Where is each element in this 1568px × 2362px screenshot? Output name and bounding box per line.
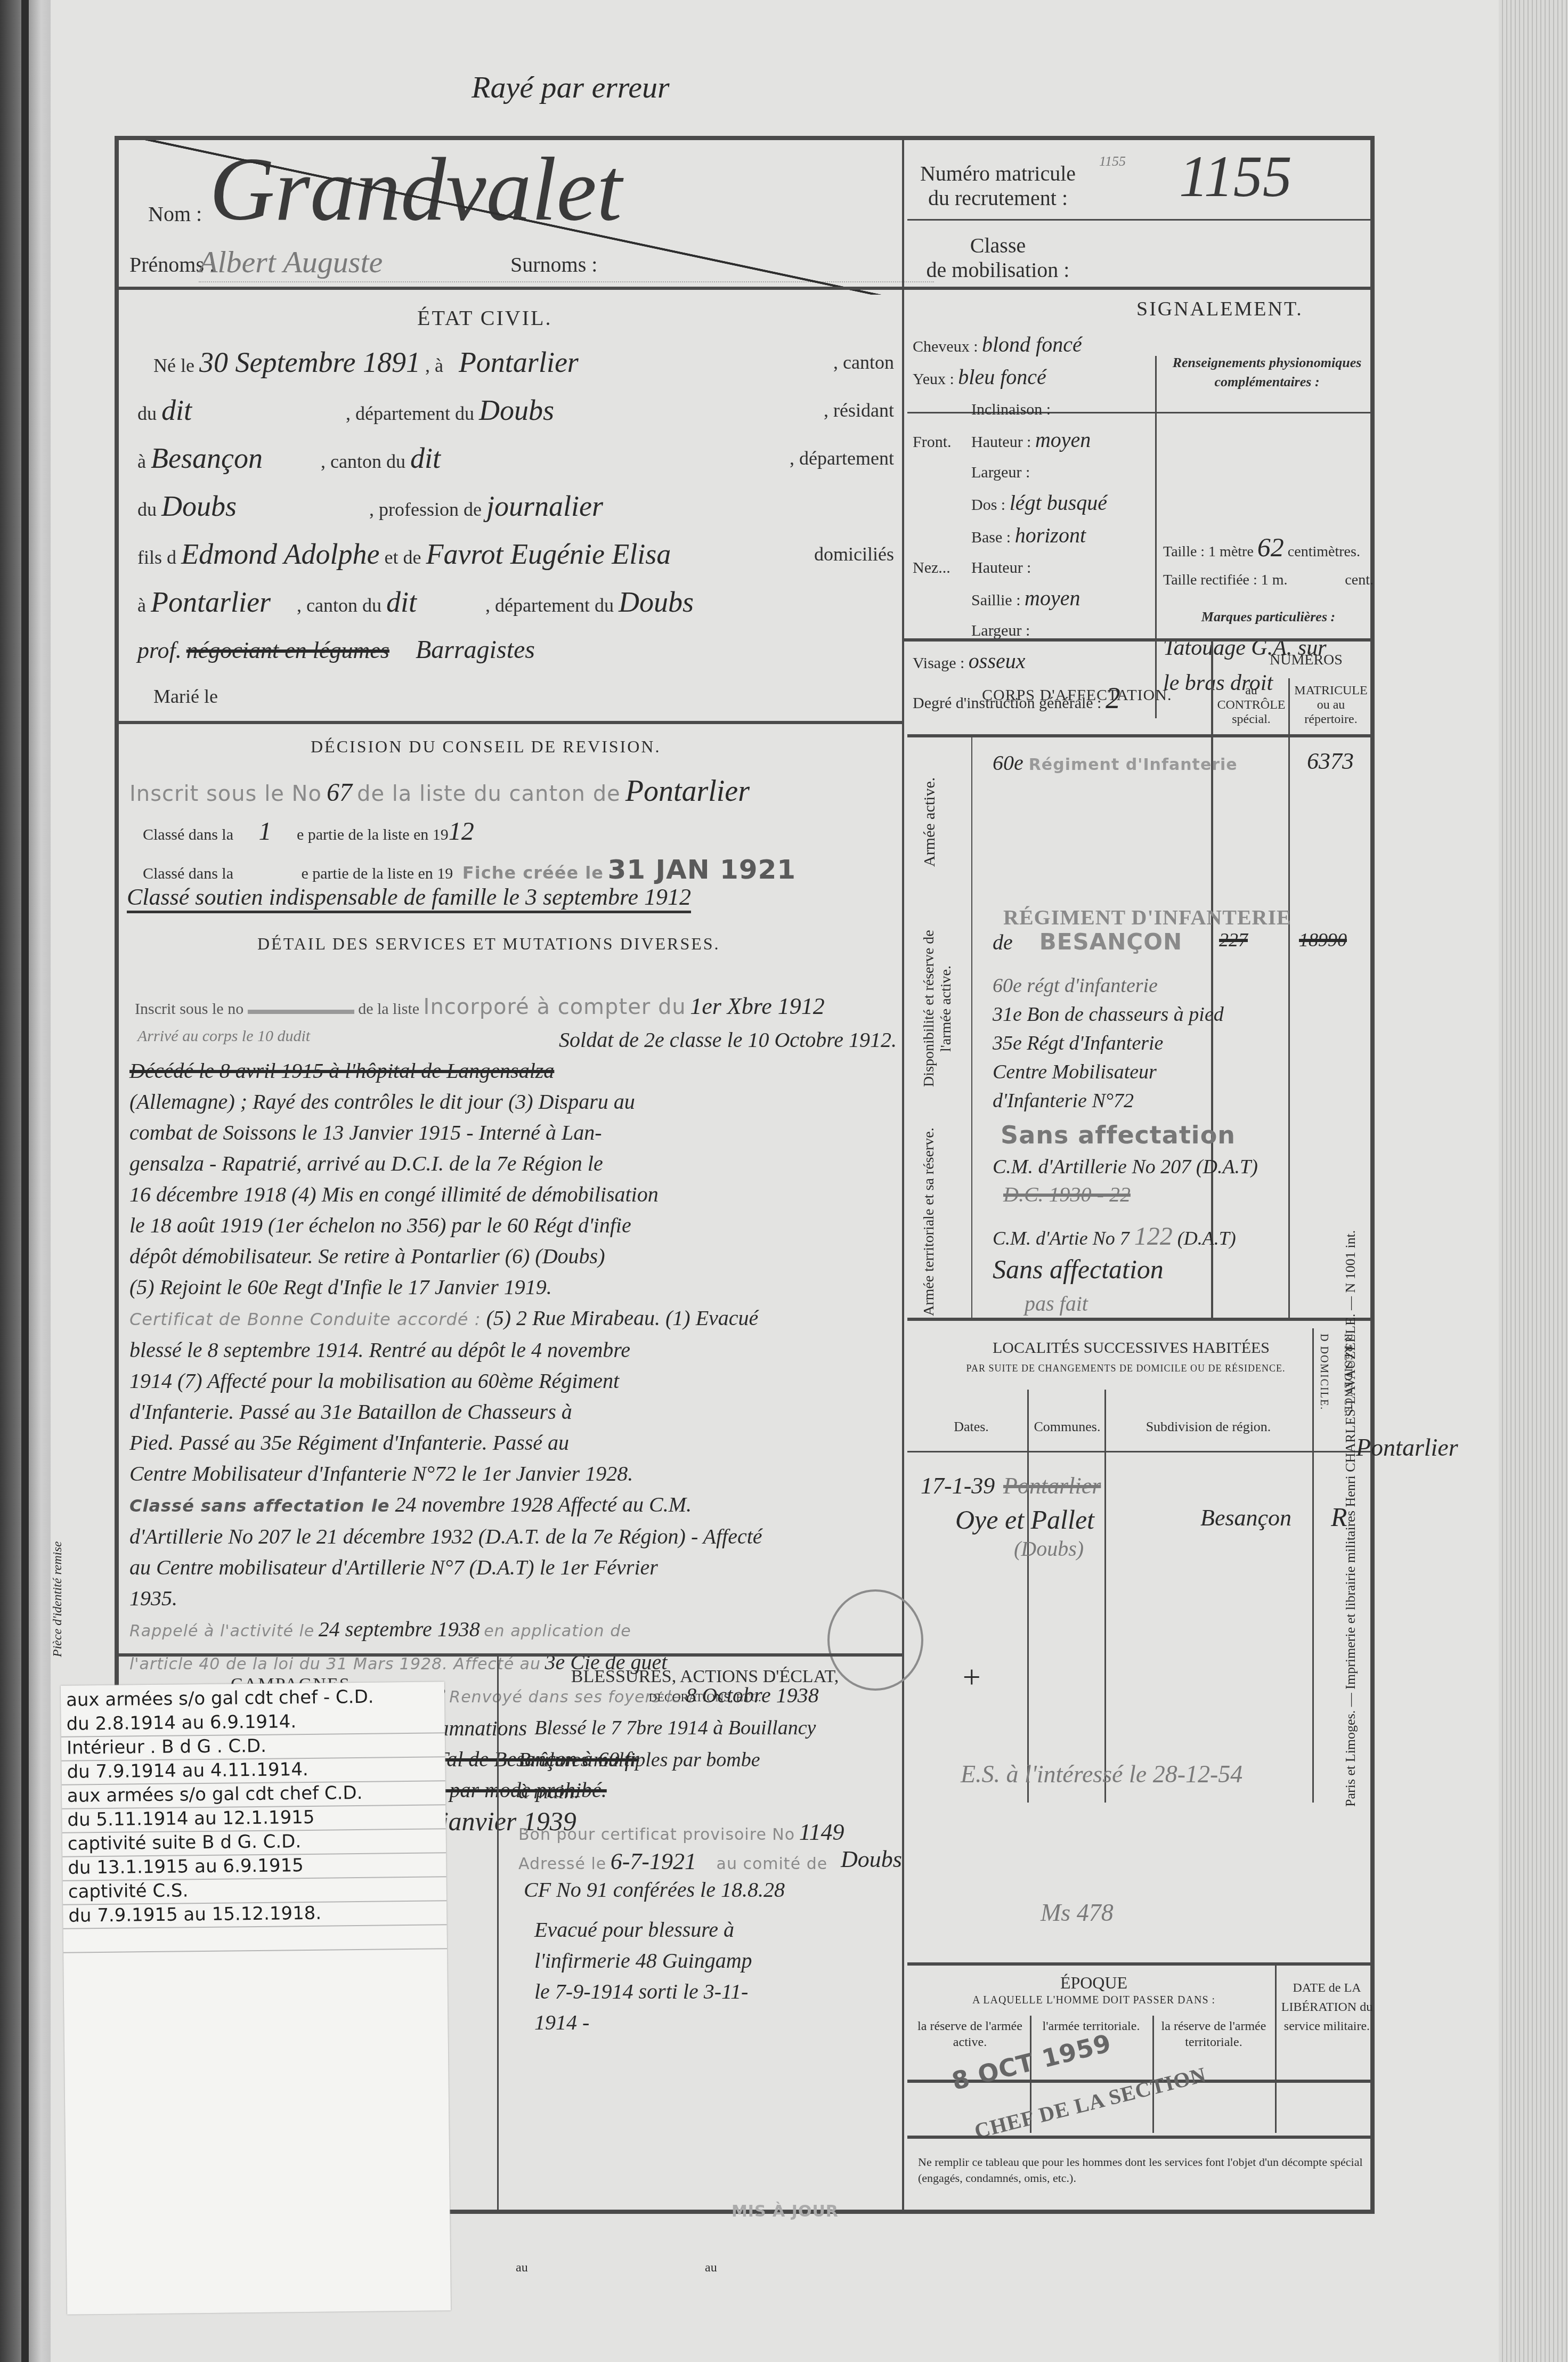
ne-le-label: Né le (153, 355, 194, 376)
book-spine-edge (21, 0, 29, 2362)
localites-subdivision: Besançon (1200, 1504, 1291, 1531)
numeros-label: NUMÉROS (1270, 652, 1343, 669)
rappele-label: Rappelé à l'activité le (129, 1622, 314, 1641)
corps-entry: Centre Mobilisateur (993, 1058, 1224, 1086)
departement2-label: , département (790, 436, 894, 481)
marie-line: Marié le (137, 674, 894, 719)
residant-label: , résidant (824, 388, 894, 433)
ms-note: Ms 478 (1041, 1898, 1114, 1927)
localites-commune-dept: (Doubs) (1014, 1536, 1084, 1561)
incorpore-stamp: Incorporé à compter du (424, 995, 686, 1019)
services-line: (Allemagne) ; Rayé des contrôles le dit … (129, 1086, 897, 1117)
header-bottom-rule (119, 287, 1375, 290)
saillie-label: Saillie : (971, 591, 1021, 609)
matricule-2: 18990 (1299, 929, 1347, 951)
renseignements-label-2: complémentaires : (1163, 372, 1371, 392)
de-la-liste-label: de la liste (358, 1000, 419, 1018)
nez-hauteur-label: Hauteur : (971, 559, 1031, 577)
nom-strike-line (119, 140, 907, 295)
adresse-date: 6-7-1921 (611, 1848, 696, 1874)
services-line: Soldat de 2e classe le 10 Octobre 1912. (129, 1025, 897, 1056)
sans-affectation-hand: Sans affectation (993, 1254, 1164, 1285)
front-largeur-label: Largeur : (971, 464, 1030, 481)
residence-value: Besançon (151, 442, 263, 474)
localites-commune: Oye et Pallet (955, 1504, 1094, 1535)
epoque-title: ÉPOQUE (913, 1973, 1275, 1993)
stamp-regiment: RÉGIMENT D'INFANTERIE (1003, 905, 1291, 930)
classe-label: Classe de mobilisation : (913, 233, 1083, 282)
evacue-line: le 7-9-1914 sorti le 3-11- (534, 1976, 752, 2007)
localites-header-rule (907, 1451, 1375, 1452)
margin-note: Pièce d'identité remise (51, 1519, 65, 1657)
prof-parents-line: prof. négociant en légumes Barragistes (137, 628, 894, 674)
inscrit-line: Inscrit sous le No 67 de la liste du can… (129, 774, 897, 808)
classe1-label-b: e partie de la liste en 19 (297, 826, 449, 843)
blessures-subtitle: DÉCORATIONS, ETC. (513, 1691, 897, 1704)
controle-2: 227 (1219, 929, 1248, 951)
entry-60-stamp: Régiment d'Infanterie (1029, 756, 1238, 774)
corps-entry: 60e régt d'infanterie (993, 971, 1224, 1000)
inscrit-stamp: Inscrit sous le No (129, 782, 322, 806)
departement2-value: Doubs (161, 490, 237, 522)
canton-label: , canton (833, 340, 894, 385)
inscrit-no: 67 (327, 778, 352, 807)
incorpore-date: 1er Xbre 1912 (690, 993, 825, 1019)
evacue-line: 1914 - (534, 2007, 752, 2038)
services-line: au Centre mobilisateur d'Artillerie N°7 … (129, 1552, 897, 1583)
entry-60: 60e Régiment d'Infanterie (993, 750, 1238, 775)
bon-label: Bon pour certificat provisoire No (518, 1825, 795, 1844)
front-hauteur-label: Hauteur : (971, 433, 1031, 451)
matricule-divider (907, 219, 1375, 221)
renseignements-label-1: Renseignements physionomiques (1163, 353, 1371, 372)
register-page: Rayé par erreur Nom : Grandvalet Prénoms… (51, 0, 1568, 2362)
services-line-struck: Décédé le 8 avril 1915 à l'hôpital de La… (129, 1056, 897, 1086)
residence-line: à Besançon , canton du dit , département (137, 436, 894, 484)
epoque-top (907, 1962, 1375, 1966)
sans-affectation-stamp-corps: Sans affectation (1001, 1121, 1236, 1149)
yeux-value: bleu foncé (958, 365, 1046, 389)
classe1-partie: 1 (258, 817, 271, 846)
campagne-line: du 5.11.1914 au 12.1.1915 (67, 1804, 440, 1832)
domicile-value: Pontarlier (151, 586, 271, 618)
services-line: 24 novembre 1928 Affecté au C.M. (395, 1492, 692, 1516)
canton-prefix: du (137, 403, 157, 424)
campagne-line: aux armées s/o gal cdt chef C.D. (67, 1780, 440, 1808)
rappele-label-2: en application de (484, 1622, 631, 1641)
nez-value: moyen (1025, 586, 1080, 610)
fils-label: fils d (137, 547, 176, 568)
taille-line: Taille : 1 mètre 62 centimètres. (1163, 532, 1374, 563)
canton-value: dit (161, 394, 192, 426)
prof-prefix: prof. (137, 637, 182, 663)
campagne-line: du 2.8.1914 au 6.9.1914. (66, 1708, 439, 1736)
inscrit-stamp-2: de la liste du canton de (357, 782, 621, 806)
services-line: 1935. (129, 1583, 897, 1614)
corps-entry: 35e Régt d'Infanterie (993, 1029, 1224, 1058)
domicilies-label: domiciliés (814, 532, 894, 577)
campagne-line: captivité C.S. (68, 1876, 441, 1904)
departement3-value: Doubs (619, 586, 694, 618)
epoque-bottom-rule (907, 2136, 1375, 2139)
col-controle: au CONTRÔLE spécial. (1215, 684, 1287, 727)
decision-title: DÉCISION DU CONSEIL DE REVISION. (311, 737, 661, 757)
canton3-value: dit (386, 586, 417, 618)
nez-label: Nez... (913, 553, 971, 583)
campagnes-divider (497, 1653, 499, 2213)
blessures-line: Blessé le 7 7bre 1914 à Bouillancy (518, 1712, 902, 1744)
classe2-label-b: e partie de la liste en 19 (301, 865, 453, 882)
visage-value: osseux (969, 649, 1026, 673)
taille-cm: 62 (1257, 532, 1284, 562)
classe-label-1: Classe (913, 233, 1083, 258)
classe2-line: Classé dans la e partie de la liste en 1… (143, 854, 796, 885)
parents-line: fils d Edmond Adolphe et de Favrot Eugén… (137, 532, 894, 580)
services-line: (5) Rejoint le 60e Regt d'Infie le 17 Ja… (129, 1272, 897, 1303)
domicile-line: à Pontarlier , canton du dit , départeme… (137, 580, 894, 628)
departement-label: , département du (346, 403, 474, 424)
ne-le-value: 30 Septembre 1891 (199, 346, 420, 378)
stamp-besancon-line: de BESANÇON (993, 929, 1182, 955)
front-label: Front. (913, 427, 971, 457)
residence-prefix: à (137, 451, 146, 472)
blessures-title: BLESSURES, ACTIONS D'ÉCLAT, (513, 1667, 897, 1687)
classe1-label-a: Classé dans la (143, 826, 233, 843)
services-line: gensalza - Rapatrié, arrivé au D.C.I. de… (129, 1148, 897, 1179)
stamp-besancon: BESANÇON (1039, 929, 1182, 955)
corps-entry: d'Infanterie N°72 (993, 1086, 1224, 1115)
pere-name: Edmond Adolphe (181, 538, 379, 570)
marie-label: Marié le (153, 686, 218, 707)
col-communes: Communes. (1030, 1419, 1104, 1435)
territoriale-label: Armée territoriale et sa réserve. (921, 1126, 938, 1318)
prof-new: Barragistes (416, 636, 535, 664)
renseignements-label: Renseignements physionomiques complément… (1163, 353, 1371, 392)
bottom-au-1: au (516, 2261, 528, 2275)
a-label: , à (425, 355, 443, 376)
campagne-line: du 7.9.1915 au 15.12.1918. (68, 1900, 441, 1928)
fiche-stamp: Fiche créée le (462, 863, 604, 883)
front-inclinaison-label: Inclinaison : (971, 401, 1051, 418)
taille-rectifiee-label: Taille rectifiée : 1 m. (1163, 572, 1288, 588)
classe1-line: Classé dans la 1 e partie de la liste en… (143, 817, 474, 846)
inscrit-canton: Pontarlier (625, 775, 750, 808)
dos-value: légt busqué (1010, 491, 1107, 515)
cm-struck: D.C. 1930 - 22 (1003, 1182, 1131, 1207)
col-subdivision: Subdivision de région. (1107, 1419, 1310, 1435)
departement3-label: , département du (485, 595, 614, 616)
localites-row: 17-1-39 Pontarlier Oye et Pallet (Doubs)… (907, 1472, 1375, 1579)
col-dates: Dates. (918, 1419, 1025, 1435)
numeros-col-divider (1288, 678, 1290, 1318)
col-dr-1: D DOMICILE. (1318, 1334, 1330, 1440)
naissance-line: Né le 30 Septembre 1891 , à Pontarlier ,… (137, 340, 894, 388)
matricule-value: 1155 (1179, 143, 1292, 210)
classe1-annee: 12 (449, 817, 474, 846)
taille-unit: centimètres. (1288, 543, 1360, 560)
services-line: 1914 (7) Affecté pour la mobilisation au… (129, 1366, 897, 1397)
cf-line: CF No 91 conférées le 18.8.28 (524, 1877, 785, 1902)
adresse-label: Adressé le (518, 1855, 606, 1873)
epoque-note: Ne remplir ce tableau que pour les homme… (918, 2154, 1371, 2186)
cm-artillerie-2-label: C.M. d'Artie No 7 (993, 1228, 1130, 1249)
taille-rectifiee-unit: cent. (1345, 572, 1374, 589)
services-line: blessé le 8 septembre 1914. Rentré au dé… (129, 1335, 897, 1366)
etat-civil-title: ÉTAT CIVIL. (417, 305, 552, 330)
matricule-label-2: du recrutement : (913, 186, 1083, 210)
taille-label: Taille : 1 mètre (1163, 543, 1254, 560)
epoque-subtitle: A LAQUELLE L'HOMME DOIT PASSER DANS : (913, 1994, 1275, 2007)
campagne-line: aux armées s/o gal cdt chef - C.D. (66, 1684, 439, 1712)
certificat-value: (5) 2 Rue Mirabeau. (1) Evacué (486, 1306, 758, 1330)
certificat-stamp: Certificat de Bonne Conduite accordé : (129, 1309, 481, 1329)
localites-subtitle: PAR SUITE DE CHANGEMENTS DE DOMICILE OU … (929, 1363, 1323, 1374)
disponibilite-label: Disponibilité et réserve de l'armée acti… (921, 907, 955, 1110)
es-note: E.S. à l'intéressé le 28-12-54 (961, 1760, 1242, 1788)
matricule-label: Numéro matricule du recrutement : (913, 161, 1083, 210)
campagne-line: du 7.9.1914 au 4.11.1914. (67, 1756, 440, 1784)
margin-pontarlier: Pontarlier (1356, 1433, 1458, 1462)
evacue-line: Evacué pour blessure à (534, 1914, 752, 1945)
bottom-au-2: au (705, 2261, 717, 2275)
services-title: DÉTAIL DES SERVICES ET MUTATIONS DIVERSE… (257, 934, 720, 954)
corps-title: CORPS D'AFFECTATION. (982, 686, 1172, 704)
taille-rectifiee-line: Taille rectifiée : 1 m. cent. (1163, 572, 1374, 589)
cm-artillerie-2-suffix: (D.A.T) (1177, 1228, 1236, 1249)
matricule-label-1: Numéro matricule (913, 161, 1083, 186)
services-line: dépôt démobilisateur. Se retire à Pontar… (129, 1241, 897, 1272)
main-divider (902, 140, 904, 2213)
fiche-date: 31 JAN 1921 (607, 854, 796, 885)
campagnes-slip: aux armées s/o gal cdt chef - C.D. du 2.… (61, 1682, 451, 2314)
departement-line: du dit , département du Doubs , résidant (137, 388, 894, 436)
services-line: combat de Soissons le 13 Janvier 1915 - … (129, 1117, 897, 1148)
marques-label: Marques particulières : (1163, 609, 1374, 625)
printer-credit: Paris et Limoges. — Imprimerie et librai… (1343, 906, 1359, 2131)
et-de-label: et de (384, 547, 421, 568)
pas-fait: pas fait (1025, 1291, 1088, 1316)
book-spine (0, 0, 59, 2362)
front-value: moyen (1035, 428, 1091, 452)
rappele-date: 24 septembre 1938 (319, 1617, 480, 1641)
canton3-label: , canton du (297, 595, 381, 616)
etat-civil-body: Né le 30 Septembre 1891 , à Pontarlier ,… (137, 340, 894, 719)
localites-commune-struck: Pontarlier (1003, 1472, 1101, 1499)
col-date-liberation: DATE de LA LIBÉRATION du service militai… (1280, 1978, 1374, 2036)
visage-label: Visage : (913, 654, 964, 672)
mis-a-jour-stamp: MIS À JOUR (732, 2202, 839, 2221)
dos-label: Dos : (971, 496, 1005, 514)
evacue-lines: Evacué pour blessure à l'infirmerie 48 G… (534, 1914, 752, 2038)
blessures-line: Brûlures multiples par bombe (518, 1744, 902, 1776)
blessures-lines: Blessé le 7 7bre 1914 à Bouillancy Brûlu… (518, 1712, 902, 1808)
page-stack-edge (1499, 0, 1568, 2362)
services-line: Pied. Passé au 35e Régiment d'Infanterie… (129, 1427, 897, 1458)
profession-line: du Doubs , profession de journalier (137, 484, 894, 532)
departement-value: Doubs (479, 394, 554, 426)
date-liberation-divider (1275, 1962, 1277, 2133)
decision-top (119, 721, 902, 724)
localites-date: 17-1-39 (921, 1472, 995, 1499)
col-matricule: MATRICULE ou au répertoire. (1291, 684, 1371, 727)
classe2-label-a: Classé dans la (143, 865, 233, 882)
campagne-line: captivité suite B d G. C.D. (68, 1828, 441, 1856)
services-line: Centre Mobilisateur d'Infanterie N°72 le… (129, 1458, 897, 1489)
lieu-naissance: Pontarlier (459, 346, 579, 378)
domicile-prefix: à (137, 595, 146, 616)
blessures-line: à main. (518, 1776, 902, 1808)
cheveux-label: Cheveux : (913, 338, 978, 355)
corps-entries: 60e régt d'infanterie 31e Bon de chasseu… (993, 971, 1224, 1115)
corps-label-divider (971, 737, 972, 1318)
cm-artillerie-2-num: 122 (1134, 1222, 1173, 1251)
cm-artillerie: C.M. d'Artillerie No 207 (D.A.T) (993, 1155, 1258, 1179)
corps-header-rule (907, 734, 1375, 737)
canton2-label: , canton du (321, 451, 405, 472)
profession-label: , profession de (369, 499, 482, 520)
bon-no: 1149 (799, 1819, 844, 1845)
stamp-de: de (993, 930, 1013, 954)
inscrit-label: Inscrit sous le no (135, 1000, 243, 1018)
services-line: le 18 août 1919 (1er échelon no 356) par… (129, 1210, 897, 1241)
col-reserve-active: la réserve de l'armée active. (913, 2018, 1027, 2050)
classe-label-2: de mobilisation : (913, 258, 1083, 282)
comite-label: au comité de (717, 1855, 828, 1873)
services-line: d'Infanterie. Passé au 31e Bataillon de … (129, 1397, 897, 1427)
localites-title: LOCALITÉS SUCCESSIVES HABITÉES (939, 1339, 1323, 1357)
signalement-divider (1155, 356, 1157, 718)
matricule-1: 6373 (1307, 748, 1354, 775)
campagnes-lines: aux armées s/o gal cdt chef - C.D. du 2.… (66, 1684, 442, 1928)
incorpore-line: Inscrit sous le no de la liste Incorporé… (135, 993, 897, 1020)
profession-value: journalier (486, 490, 603, 522)
corps-top (902, 638, 1375, 642)
localites-top (907, 1318, 1375, 1321)
localites-cross: + (961, 1659, 982, 1695)
departement2-prefix: du (137, 499, 157, 520)
corps-entry: 31e Bon de chasseurs à pied (993, 1000, 1224, 1029)
services-line: d'Artillerie No 207 le 21 décembre 1932 … (129, 1521, 897, 1552)
adresse-line: Adressé le 6-7-1921 au comité de (518, 1848, 902, 1875)
signalement-left: Cheveux : blond foncé Yeux : bleu foncé … (913, 329, 1147, 718)
article-label: l'article 40 de la loi du 31 Mars 1928. … (129, 1655, 541, 1674)
base-value: horizont (1015, 523, 1086, 547)
prof-struck: négociant en légumes (186, 637, 389, 663)
sans-affectation-stamp: Classé sans affectation le (129, 1496, 389, 1516)
canton2-value: dit (410, 442, 441, 474)
soutien-line: Classé soutien indispensable de famille … (127, 883, 691, 913)
campagne-line: Intérieur . B d G . C.D. (67, 1732, 440, 1760)
cm-artillerie-2: C.M. d'Artie No 7 122 (D.A.T) (993, 1222, 1236, 1251)
nez-largeur-label: Largeur : (971, 622, 1030, 639)
rayé-annotation: Rayé par erreur (472, 69, 670, 105)
services-line: 16 décembre 1918 (4) Mis en congé illimi… (129, 1179, 897, 1210)
base-label: Base : (971, 529, 1011, 546)
armee-active-label: Armée active. (921, 753, 939, 891)
signalement-title: SIGNALEMENT. (1136, 297, 1303, 321)
matricule-small: 1155 (1099, 153, 1126, 169)
campagne-line: du 13.1.1915 au 6.9.1915 (68, 1852, 441, 1880)
campagnes-top (119, 1653, 902, 1657)
evacue-line: l'infirmerie 48 Guingamp (534, 1945, 752, 1976)
entry-60-number: 60e (993, 751, 1023, 775)
mere-name: Favrot Eugénie Elisa (426, 538, 671, 570)
cheveux-value: blond foncé (982, 332, 1082, 356)
col-reserve-territoriale: la réserve de l'armée territoriale. (1155, 2018, 1272, 2050)
yeux-label: Yeux : (913, 370, 954, 388)
